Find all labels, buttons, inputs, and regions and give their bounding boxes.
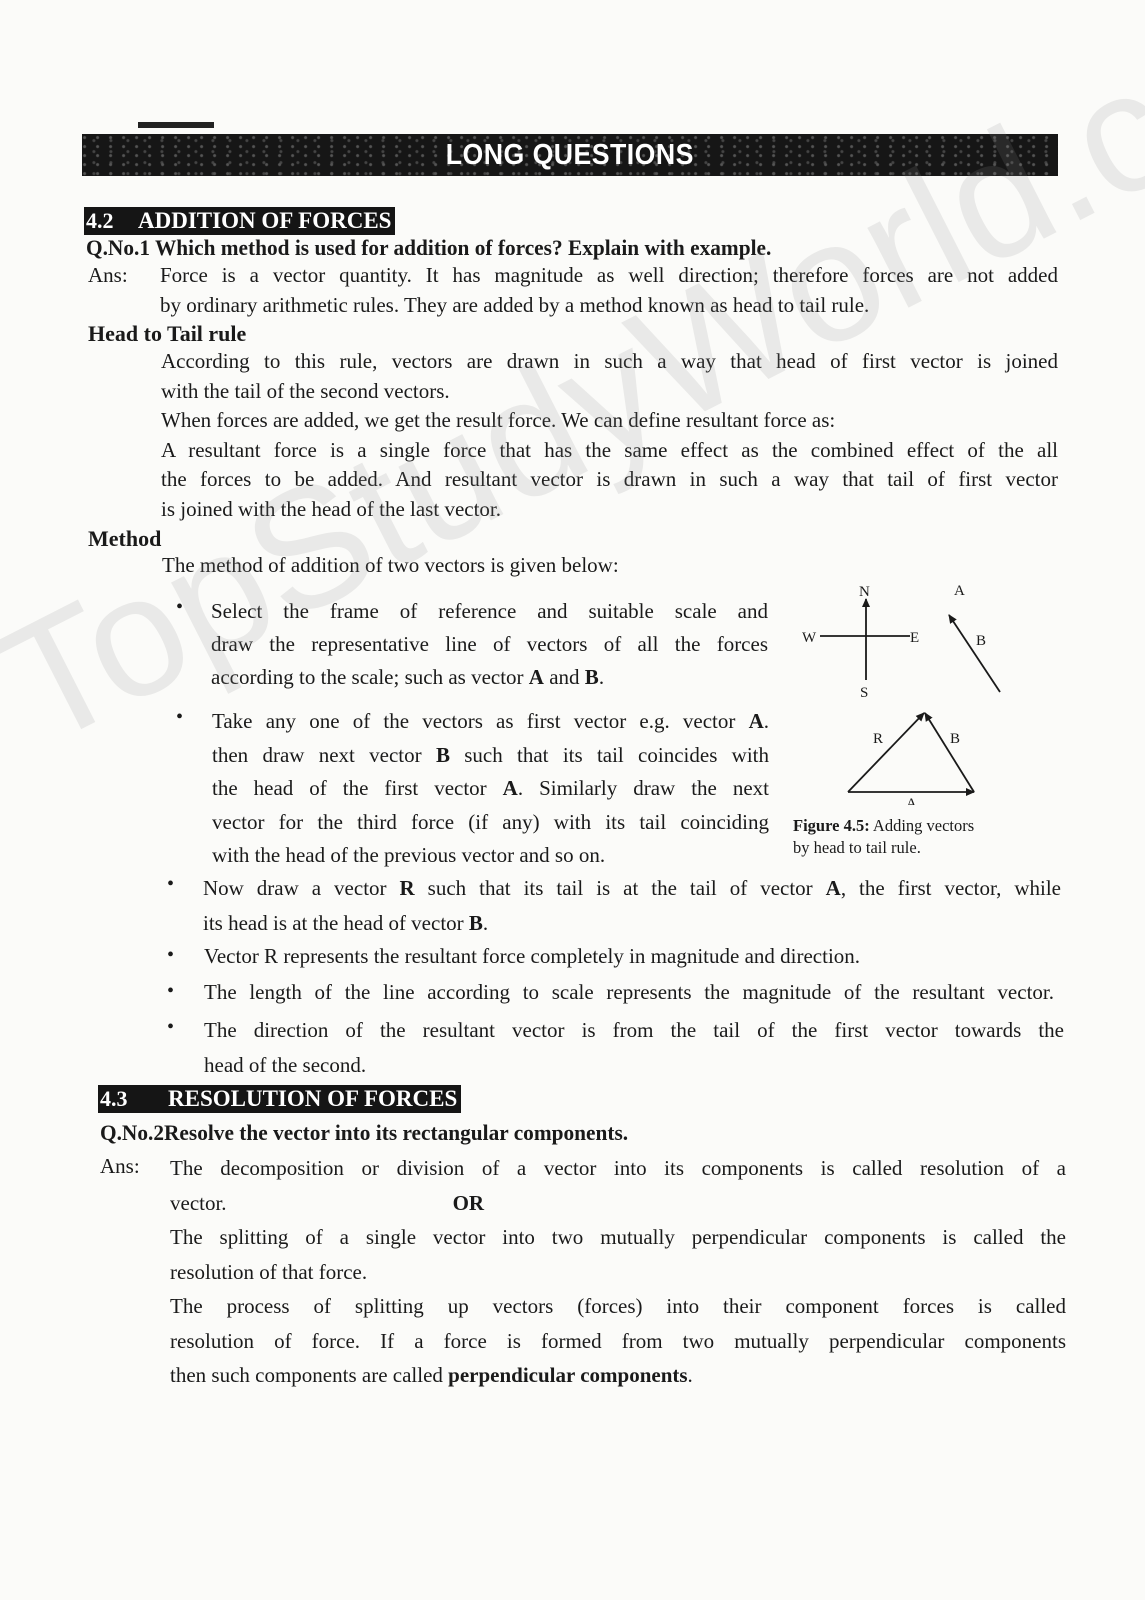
compass-w-label: W (802, 630, 817, 646)
section-number: 4.3 (100, 1085, 168, 1113)
head-to-tail-body: According to this rule, vectors are draw… (161, 347, 1058, 524)
figure-caption: Figure 4.5: Adding vectors by head to ta… (793, 815, 974, 859)
question-1: Q.No.1 Which method is used for addition… (86, 235, 771, 261)
method-intro: The method of addition of two vectors is… (162, 551, 619, 581)
method-bullet-6: The direction of the resultant vector is… (204, 1013, 1064, 1083)
banner-title: LONG QUESTIONS (446, 139, 694, 172)
compass-s-label: S (860, 685, 868, 701)
bullet-icon: • (167, 873, 174, 896)
compass-n-label: N (859, 584, 870, 600)
vector-b-arrow (949, 615, 1000, 692)
long-questions-banner: LONG QUESTIONS (82, 134, 1058, 176)
answer-label: Ans: (100, 1152, 140, 1182)
method-bullet-5: The length of the line according to scal… (204, 978, 1054, 1008)
section-heading-4-3: 4.3RESOLUTION OF FORCES (98, 1085, 461, 1113)
section-title: ADDITION OF FORCES (138, 208, 391, 233)
bullet-icon: • (167, 980, 174, 1003)
compass-e-label: E (910, 630, 919, 646)
method-bullet-3: Now draw a vector R such that its tail i… (203, 871, 1061, 941)
question-2: Q.No.2Resolve the vector into its rectan… (100, 1120, 628, 1146)
answer-1-text: Force is a vector quantity. It has magni… (160, 261, 1058, 320)
head-to-tail-heading: Head to Tail rule (88, 321, 246, 347)
method-heading: Method (88, 526, 161, 552)
method-bullet-4: Vector R represents the resultant force … (204, 942, 860, 972)
bullet-icon: • (176, 706, 183, 729)
top-rule (138, 122, 214, 128)
vector-a-label: A (954, 583, 965, 599)
section-number: 4.2 (86, 207, 138, 235)
section-heading-4-2: 4.2ADDITION OF FORCES (84, 207, 395, 235)
answer-label: Ans: (88, 261, 128, 291)
bullet-icon: • (167, 944, 174, 967)
triangle-diagram (848, 713, 974, 792)
triangle-b-label: B (950, 731, 960, 747)
answer-2-text: The decomposition or division of a vecto… (170, 1151, 1066, 1393)
compass-icon (820, 599, 910, 680)
bullet-icon: • (176, 596, 183, 619)
or-label: OR (453, 1191, 485, 1215)
bullet-icon: • (167, 1016, 174, 1039)
method-bullet-1: Select the frame of reference and suitab… (211, 595, 768, 694)
method-bullet-2: Take any one of the vectors as first vec… (212, 705, 769, 873)
triangle-r-label: R (873, 731, 883, 747)
figure-4-5-diagram: N S E W A B R B A (790, 575, 1050, 805)
section-title: RESOLUTION OF FORCES (168, 1086, 457, 1111)
vector-b-label: B (976, 633, 986, 649)
triangle-a-label: A (906, 796, 917, 805)
